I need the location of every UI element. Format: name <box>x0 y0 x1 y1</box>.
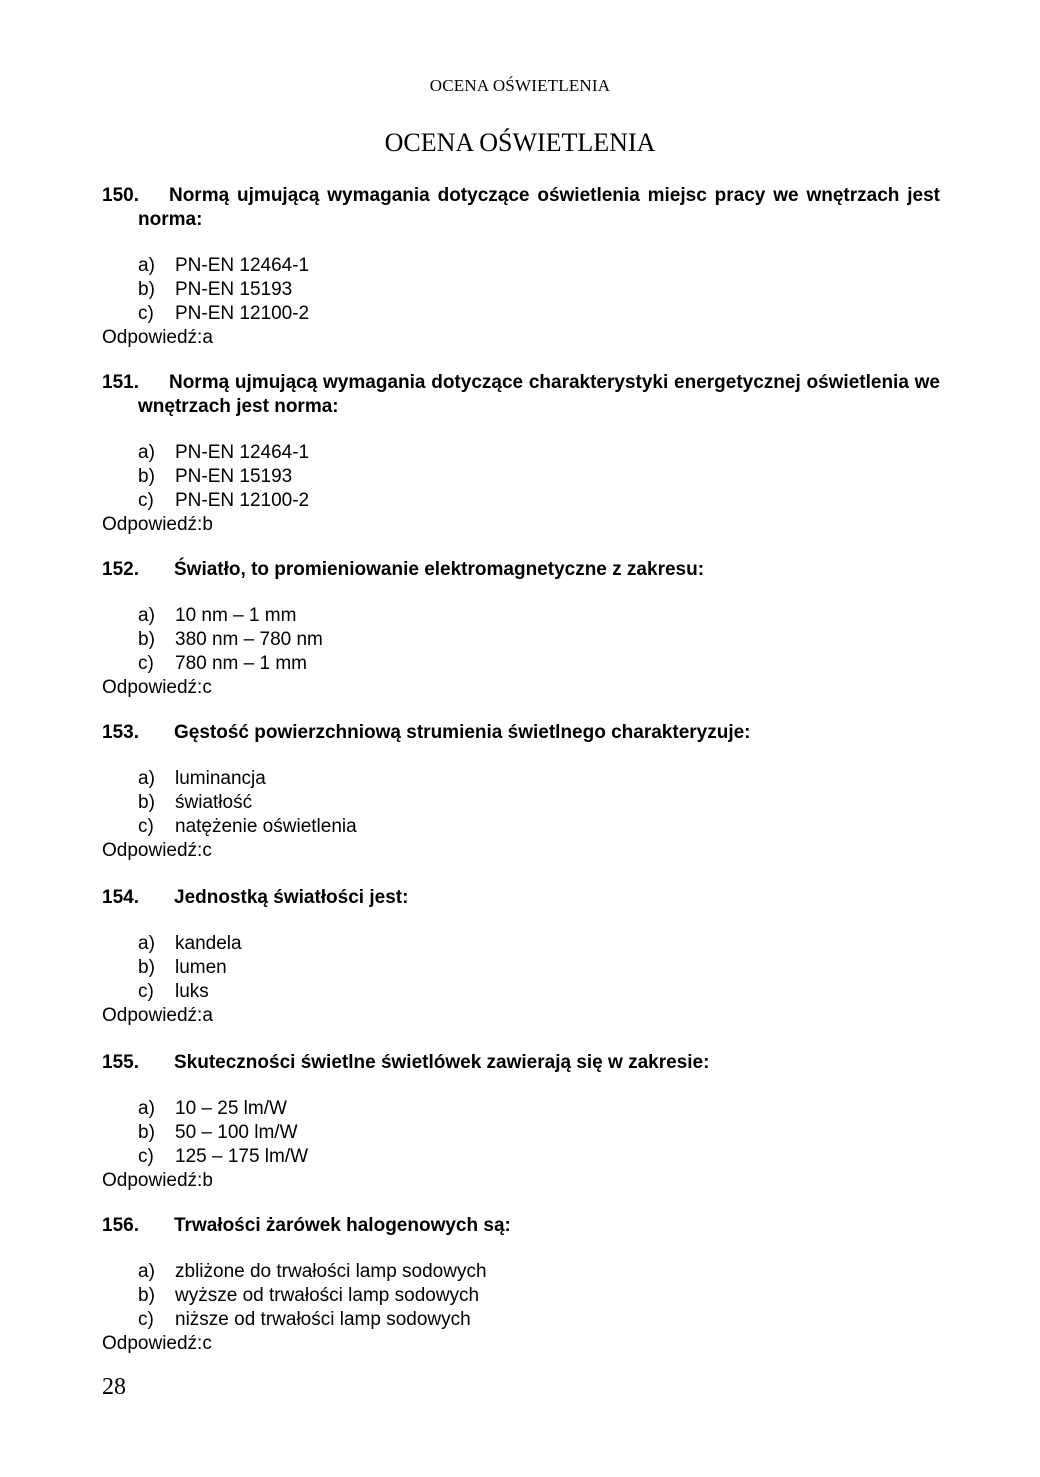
answer: Odpowiedź:b <box>102 513 940 537</box>
question-heading: 150.Normą ujmującą wymagania dotyczące o… <box>102 184 940 232</box>
question-156: 156.Trwałości żarówek halogenowych są: a… <box>102 1214 940 1356</box>
option-c: c)780 nm – 1 mm <box>102 652 940 676</box>
option-b: b)50 – 100 lm/W <box>102 1121 940 1145</box>
option-list: a)zbliżone do trwałości lamp sodowych b)… <box>102 1260 940 1332</box>
option-b: b)światłość <box>102 791 940 815</box>
question-154: 154.Jednostką światłości jest: a)kandela… <box>102 886 940 1028</box>
question-number: 156. <box>102 1214 174 1238</box>
page-title: OCENA OŚWIETLENIA <box>0 128 1040 158</box>
option-list: a)PN-EN 12464-1 b)PN-EN 15193 c)PN-EN 12… <box>102 254 940 326</box>
option-b: b)380 nm – 780 nm <box>102 628 940 652</box>
answer: Odpowiedź:c <box>102 676 940 700</box>
answer: Odpowiedź:c <box>102 839 940 863</box>
option-b: b)wyższe od trwałości lamp sodowych <box>102 1284 940 1308</box>
answer: Odpowiedź:c <box>102 1332 940 1356</box>
question-152: 152.Światło, to promieniowanie elektroma… <box>102 558 940 700</box>
option-a: a)kandela <box>102 932 940 956</box>
option-list: a)luminancja b)światłość c)natężenie ośw… <box>102 767 940 839</box>
question-heading: 152.Światło, to promieniowanie elektroma… <box>102 558 940 582</box>
option-a: a)10 nm – 1 mm <box>102 604 940 628</box>
answer: Odpowiedź:a <box>102 1004 940 1028</box>
option-a: a)10 – 25 lm/W <box>102 1097 940 1121</box>
option-list: a)kandela b)lumen c)luks <box>102 932 940 1004</box>
question-number: 150. <box>102 185 169 206</box>
option-a: a)zbliżone do trwałości lamp sodowych <box>102 1260 940 1284</box>
option-b: b)PN-EN 15193 <box>102 278 940 302</box>
question-text: Gęstość powierzchniową strumienia świetl… <box>174 721 940 745</box>
question-heading: 151.Normą ujmującą wymagania dotyczące c… <box>102 371 940 419</box>
option-a: a)PN-EN 12464-1 <box>102 254 940 278</box>
option-list: a)10 nm – 1 mm b)380 nm – 780 nm c)780 n… <box>102 604 940 676</box>
option-b: b)lumen <box>102 956 940 980</box>
question-heading: 156.Trwałości żarówek halogenowych są: <box>102 1214 940 1238</box>
question-text: Skuteczności świetlne świetlówek zawiera… <box>174 1051 940 1075</box>
question-150: 150.Normą ujmującą wymagania dotyczące o… <box>102 184 940 350</box>
question-number: 154. <box>102 886 174 910</box>
page-number: 28 <box>102 1374 126 1401</box>
option-c: c)luks <box>102 980 940 1004</box>
running-header: OCENA OŚWIETLENIA <box>0 76 1040 96</box>
option-c: c)125 – 175 lm/W <box>102 1145 940 1169</box>
question-number: 151. <box>102 372 169 393</box>
question-151: 151.Normą ujmującą wymagania dotyczące c… <box>102 371 940 537</box>
question-text: Światło, to promieniowanie elektromagnet… <box>174 558 940 582</box>
option-a: a)PN-EN 12464-1 <box>102 441 940 465</box>
option-c: c)natężenie oświetlenia <box>102 815 940 839</box>
option-c: c)PN-EN 12100-2 <box>102 302 940 326</box>
question-number: 155. <box>102 1051 174 1075</box>
question-heading: 155.Skuteczności świetlne świetlówek zaw… <box>102 1051 940 1075</box>
answer: Odpowiedź:a <box>102 326 940 350</box>
option-c: c)niższe od trwałości lamp sodowych <box>102 1308 940 1332</box>
question-155: 155.Skuteczności świetlne świetlówek zaw… <box>102 1051 940 1193</box>
option-list: a)PN-EN 12464-1 b)PN-EN 15193 c)PN-EN 12… <box>102 441 940 513</box>
option-c: c)PN-EN 12100-2 <box>102 489 940 513</box>
question-text: Normą ujmującą wymagania dotyczące oświe… <box>138 185 940 230</box>
question-number: 152. <box>102 558 174 582</box>
question-number: 153. <box>102 721 174 745</box>
question-heading: 153.Gęstość powierzchniową strumienia św… <box>102 721 940 745</box>
option-b: b)PN-EN 15193 <box>102 465 940 489</box>
question-heading: 154.Jednostką światłości jest: <box>102 886 940 910</box>
option-list: a)10 – 25 lm/W b)50 – 100 lm/W c)125 – 1… <box>102 1097 940 1169</box>
option-a: a)luminancja <box>102 767 940 791</box>
question-text: Trwałości żarówek halogenowych są: <box>174 1214 940 1238</box>
question-text: Jednostką światłości jest: <box>174 886 940 910</box>
question-text: Normą ujmującą wymagania dotyczące chara… <box>138 372 940 417</box>
question-153: 153.Gęstość powierzchniową strumienia św… <box>102 721 940 863</box>
answer: Odpowiedź:b <box>102 1169 940 1193</box>
